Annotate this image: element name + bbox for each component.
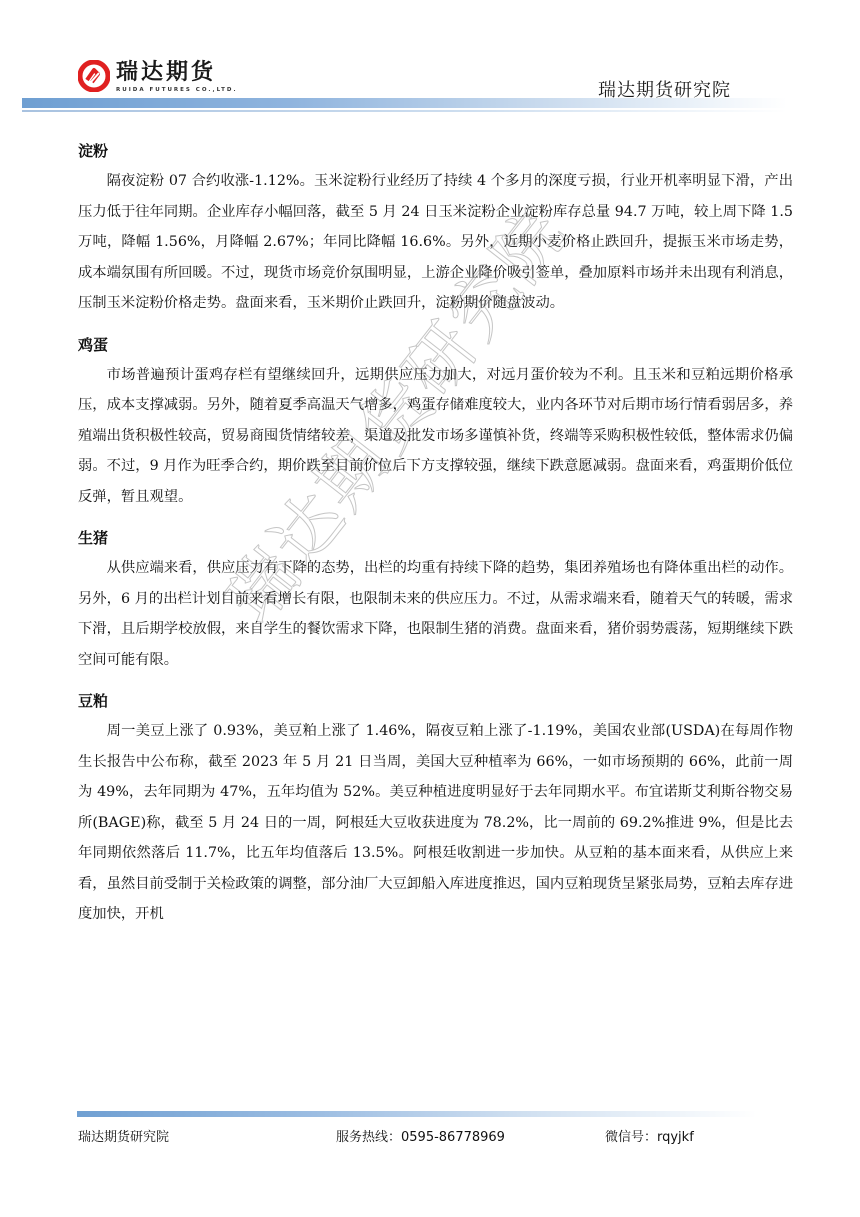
section-title: 豆粕 [78, 688, 793, 714]
section-paragraph: 市场普遍预计蛋鸡存栏有望继续回升，远期供应压力加大，对远月蛋价较为不利。且玉米和… [78, 360, 793, 513]
section-live-hog: 生猪 从供应端来看，供应压力有下降的态势，出栏的均重有持续下降的趋势，集团养殖场… [78, 525, 793, 675]
section-title: 生猪 [78, 525, 793, 551]
header-divider [22, 98, 787, 108]
header-divider-thin [22, 110, 787, 112]
report-body: 淀粉 隔夜淀粉 07 合约收涨-1.12%。玉米淀粉行业经历了持续 4 个多月的… [78, 138, 793, 943]
footer-org: 瑞达期货研究院 [78, 1126, 169, 1145]
section-egg: 鸡蛋 市场普遍预计蛋鸡存栏有望继续回升，远期供应压力加大，对远月蛋价较为不利。且… [78, 332, 793, 513]
logo-name-cn: 瑞达期货 [116, 60, 238, 86]
logo-name-en: RUIDA FUTURES CO.,LTD. [116, 87, 238, 93]
section-title: 鸡蛋 [78, 332, 793, 358]
section-starch: 淀粉 隔夜淀粉 07 合约收涨-1.12%。玉米淀粉行业经历了持续 4 个多月的… [78, 138, 793, 319]
footer-wechat: 微信号：rqyjkf [605, 1126, 694, 1145]
page-header: 瑞达期货 RUIDA FUTURES CO.,LTD. 瑞达期货研究院 [0, 0, 860, 120]
section-soybean-meal: 豆粕 周一美豆上涨了 0.93%，美豆粕上涨了 1.46%，隔夜豆粕上涨了-1.… [78, 688, 793, 930]
company-logo: 瑞达期货 RUIDA FUTURES CO.,LTD. [78, 60, 238, 100]
section-title: 淀粉 [78, 138, 793, 164]
section-paragraph: 周一美豆上涨了 0.93%，美豆粕上涨了 1.46%，隔夜豆粕上涨了-1.19%… [78, 716, 793, 930]
footer-hotline: 服务热线：0595-86778969 [336, 1126, 505, 1145]
section-paragraph: 隔夜淀粉 07 合约收涨-1.12%。玉米淀粉行业经历了持续 4 个多月的深度亏… [78, 166, 793, 319]
footer-divider [77, 1111, 757, 1117]
section-paragraph: 从供应端来看，供应压力有下降的态势，出栏的均重有持续下降的趋势，集团养殖场也有降… [78, 553, 793, 675]
ruida-logo-icon [78, 60, 110, 92]
